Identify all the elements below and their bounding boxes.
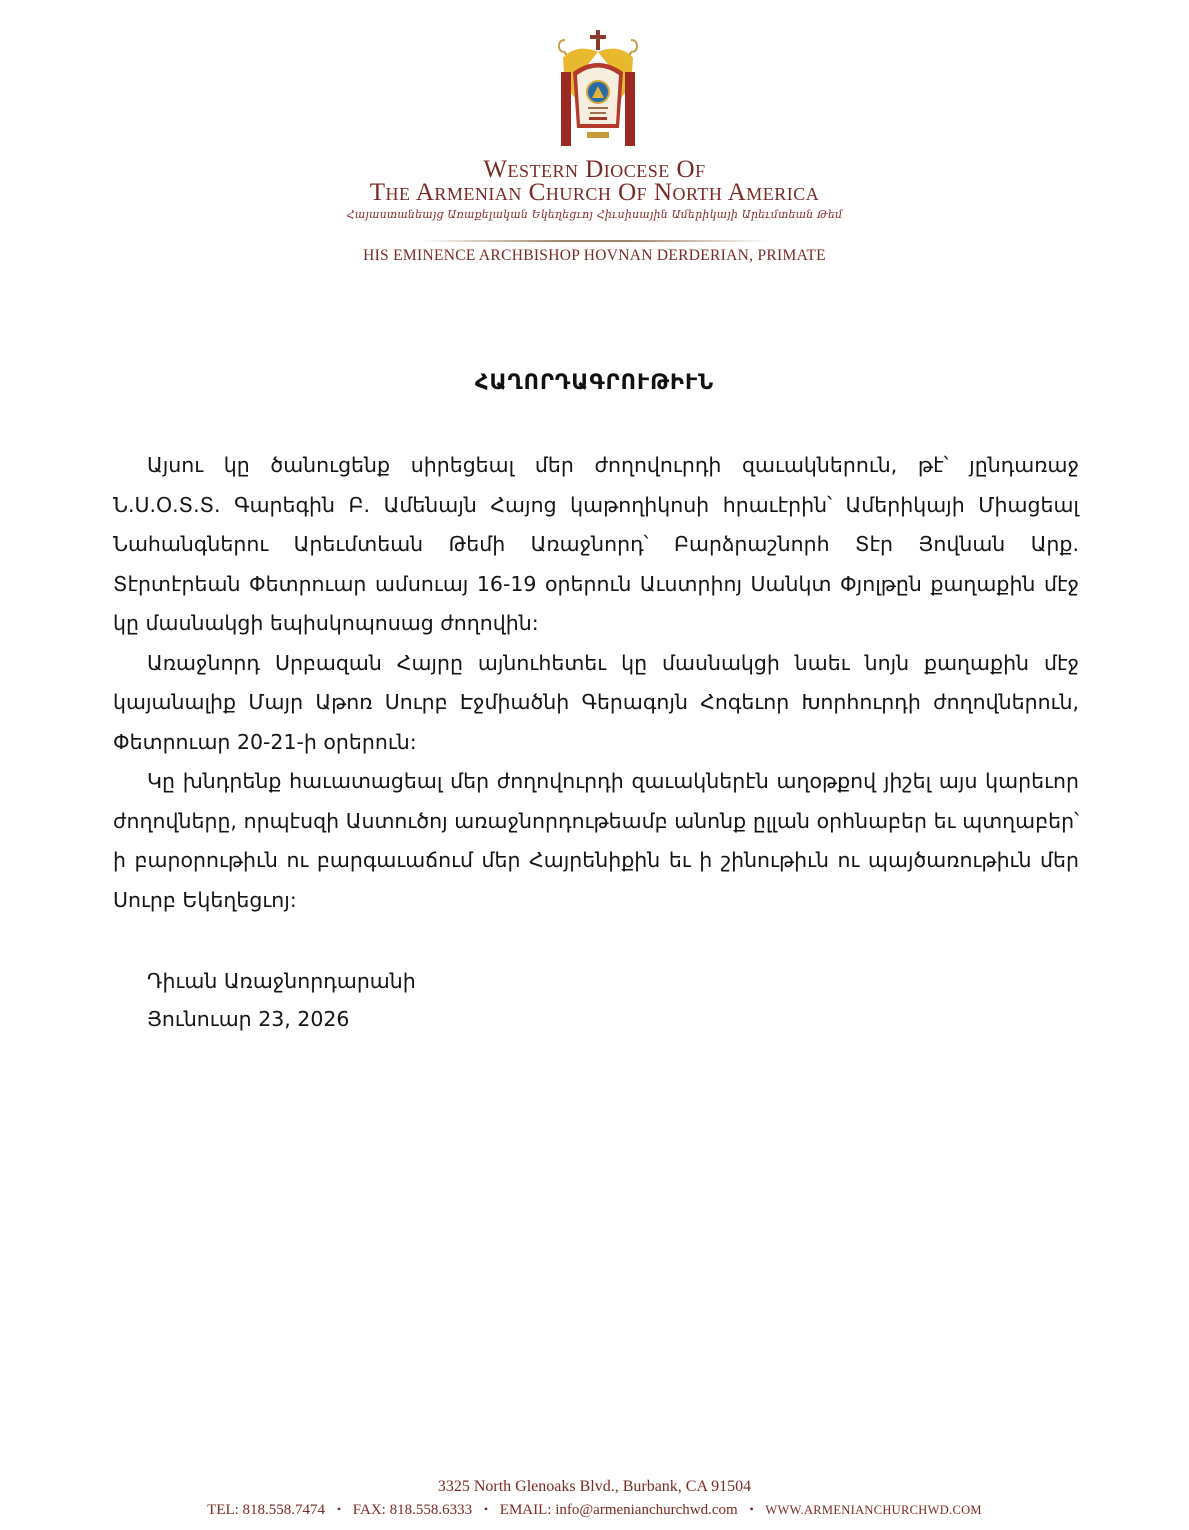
- letterhead: Western Diocese Of The Armenian Church O…: [0, 0, 1189, 280]
- diocese-crest-icon: [555, 28, 641, 150]
- body-paragraph-3: Կը խնդրենք հաւատացեալ մեր ժողովուրդի զաւ…: [113, 762, 1079, 920]
- signature-office: Դիւան Առաջնորդարանի: [147, 962, 416, 1000]
- bullet-separator-icon: •: [484, 1502, 488, 1517]
- footer-address: 3325 North Glenoaks Blvd., Burbank, CA 9…: [0, 1478, 1189, 1496]
- diocese-name-armenian: Հայաստանեայց Առաքելական Եկեղեցւոյ Հիւսիս…: [0, 208, 1189, 221]
- body-paragraph-2: Առաջնորդ Սրբազան Հայրը այնուհետեւ կը մաս…: [113, 644, 1079, 763]
- primate-line: HIS EMINENCE ARCHBISHOP HOVNAN DERDERIAN…: [0, 247, 1189, 265]
- diocese-name-line2: The Armenian Church Of North America: [0, 179, 1189, 207]
- footer-email[interactable]: EMAIL: info@armenianchurchwd.com: [500, 1502, 738, 1518]
- document-body: Այսու կը ծանուցենք սիրեցեալ մեր ժողովուր…: [113, 446, 1079, 920]
- footer-tel: TEL: 818.558.7474: [207, 1502, 325, 1518]
- signature-block: Դիւան Առաջնորդարանի Յունուար 23, 2026: [147, 962, 416, 1038]
- footer-contacts: TEL: 818.558.7474 • FAX: 818.558.6333 • …: [0, 1502, 1189, 1519]
- document-title: ՀԱՂՈՐԴԱԳՐՈՒԹԻՒՆ: [0, 370, 1189, 394]
- letterhead-divider: [420, 240, 770, 242]
- footer-website-link[interactable]: WWW.ARMENIANCHURCHWD.COM: [765, 1503, 981, 1517]
- body-paragraph-1: Այսու կը ծանուցենք սիրեցեալ մեր ժողովուր…: [113, 446, 1079, 644]
- signature-date: Յունուար 23, 2026: [147, 1000, 416, 1038]
- bullet-separator-icon: •: [337, 1502, 341, 1517]
- bullet-separator-icon: •: [749, 1502, 753, 1517]
- footer-fax: FAX: 818.558.6333: [353, 1502, 472, 1518]
